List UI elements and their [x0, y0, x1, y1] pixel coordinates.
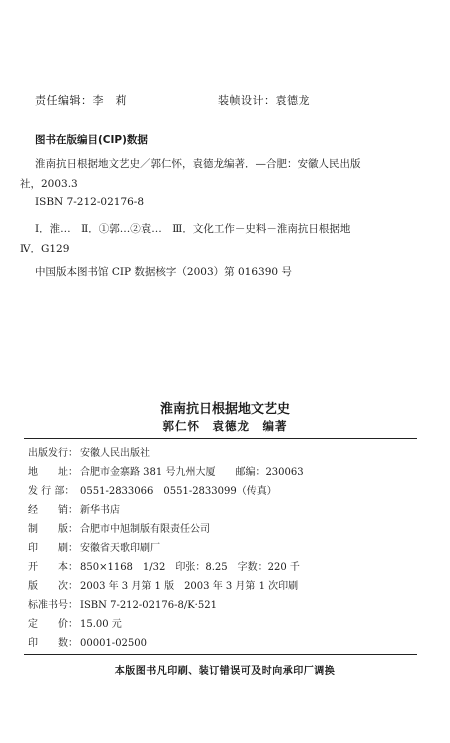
- imprint-value: 850×1168 1/32 印张：8.25 字数：220 千: [80, 558, 300, 573]
- footer-note: 本版图书凡印刷、装订错误可及时向承印厂调换: [0, 662, 450, 677]
- cip-entry-line2: 社，2003.3: [20, 176, 78, 191]
- imprint-label: 标准书号：: [28, 596, 80, 611]
- imprint-label: 开 本：: [28, 558, 80, 573]
- book-authors: 郭仁怀 袁德龙 编著: [0, 418, 450, 434]
- imprint-value: 安徽人民出版社: [80, 444, 150, 459]
- imprint-label: 经 销：: [28, 501, 80, 516]
- imprint-row-distributor: 经 销：新华书店: [28, 501, 120, 516]
- cip-subjects-line2: Ⅳ．G129: [20, 241, 69, 256]
- imprint-value: 合肥市金寨路 381 号九州大厦 邮编：230063: [80, 463, 304, 478]
- imprint-row-print-run: 印 数：00001-02500: [28, 634, 147, 649]
- cip-heading: 图书在版编目(CIP)数据: [35, 132, 148, 147]
- imprint-row-isbn: 标准书号：ISBN 7-212-02176-8/K·521: [28, 596, 217, 611]
- imprint-value: 安徽省天歌印刷厂: [80, 539, 160, 554]
- imprint-label: 定 价：: [28, 615, 80, 630]
- imprint-label: 出版发行：: [28, 444, 80, 459]
- cip-isbn: ISBN 7-212-02176-8: [35, 196, 144, 208]
- imprint-value: 新华书店: [80, 501, 120, 516]
- imprint-label: 版 次：: [28, 577, 80, 592]
- imprint-value: 00001-02500: [80, 638, 147, 649]
- imprint-row-edition: 版 次：2003 年 3 月第 1 版 2003 年 3 月第 1 次印刷: [28, 577, 298, 592]
- cip-record-number: 中国版本图书馆 CIP 数据核字（2003）第 016390 号: [35, 264, 292, 279]
- bottom-divider: [24, 654, 417, 655]
- imprint-value: 15.00 元: [80, 615, 122, 630]
- imprint-value: 2003 年 3 月第 1 版 2003 年 3 月第 1 次印刷: [80, 577, 298, 592]
- editor-name: 李 莉: [93, 94, 128, 107]
- imprint-label: 印 数：: [28, 634, 80, 649]
- imprint-row-price: 定 价：15.00 元: [28, 615, 122, 630]
- cip-subjects-line1: Ⅰ．淮… Ⅱ．①郭…②袁… Ⅲ．文化工作－史料－淮南抗日根据地: [35, 221, 350, 236]
- designer-label: 装帧设计：: [218, 94, 276, 107]
- imprint-value: 0551-2833066 0551-2833099（传真）: [80, 482, 277, 497]
- imprint-label: 地 址：: [28, 463, 80, 478]
- cip-entry-line1: 淮南抗日根据地文艺史／郭仁怀，袁德龙编著．—合肥：安徽人民出版: [35, 156, 361, 171]
- imprint-row-format: 开 本：850×1168 1/32 印张：8.25 字数：220 千: [28, 558, 300, 573]
- imprint-label: 制 版：: [28, 520, 80, 535]
- designer-credit: 装帧设计：袁德龙: [218, 92, 310, 108]
- imprint-row-distribution-dept: 发 行 部：0551-2833066 0551-2833099（传真）: [28, 482, 277, 497]
- editor-label: 责任编辑：: [35, 94, 93, 107]
- imprint-row-publisher: 出版发行：安徽人民出版社: [28, 444, 150, 459]
- imprint-row-printer: 印 刷：安徽省天歌印刷厂: [28, 539, 160, 554]
- imprint-label: 印 刷：: [28, 539, 80, 554]
- imprint-row-address: 地 址：合肥市金寨路 381 号九州大厦 邮编：230063: [28, 463, 304, 478]
- imprint-value: ISBN 7-212-02176-8/K·521: [80, 600, 217, 611]
- book-title: 淮南抗日根据地文艺史: [0, 398, 450, 417]
- designer-name: 袁德龙: [276, 94, 311, 107]
- top-divider: [24, 438, 417, 439]
- imprint-label: 发 行 部：: [28, 482, 80, 497]
- imprint-row-plate-making: 制 版：合肥市中旭制版有限责任公司: [28, 520, 210, 535]
- editor-credit: 责任编辑：李 莉: [35, 92, 127, 108]
- imprint-value: 合肥市中旭制版有限责任公司: [80, 520, 210, 535]
